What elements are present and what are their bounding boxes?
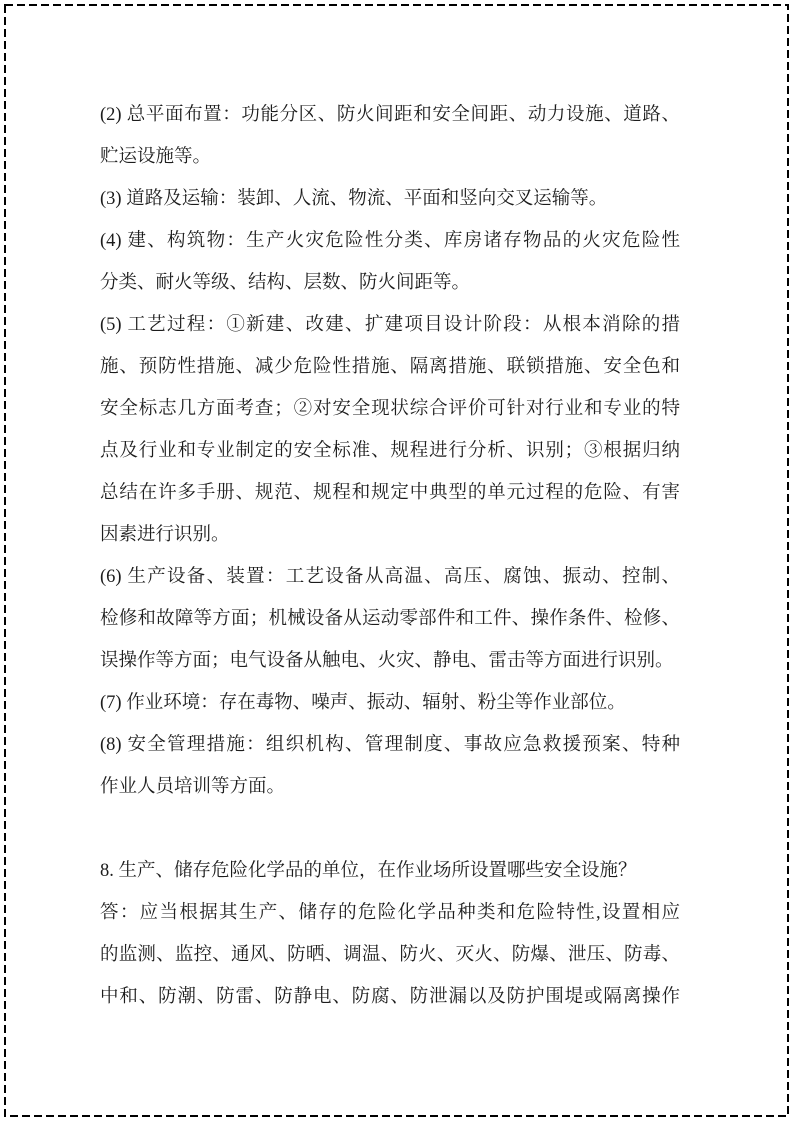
blank-line (100, 808, 680, 850)
text-line: (2) 总平面布置：功能分区、防火间距和安全间距、动力设施、道路、 (100, 94, 680, 136)
text-line: 检修和故障等方面；机械设备从运动零部件和工件、操作条件、检修、 (100, 598, 680, 640)
text-line: 因素进行识别。 (100, 514, 680, 556)
text-line: (3) 道路及运输：装卸、人流、物流、平面和竖向交叉运输等。 (100, 178, 680, 220)
text-line: 安全标志几方面考查；②对安全现状综合评价可针对行业和专业的特 (100, 388, 680, 430)
text-line: 误操作等方面；电气设备从触电、火灾、静电、雷击等方面进行识别。 (100, 640, 680, 682)
document-text: (2) 总平面布置：功能分区、防火间距和安全间距、动力设施、道路、贮运设施等。(… (100, 94, 680, 1018)
text-line: 分类、耐火等级、结构、层数、防火间距等。 (100, 262, 680, 304)
text-line: (4) 建、构筑物：生产火灾危险性分类、库房诸存物品的火灾危险性 (100, 220, 680, 262)
text-line: 作业人员培训等方面。 (100, 766, 680, 808)
text-line: 的监测、监控、通风、防晒、调温、防火、灭火、防爆、泄压、防毒、 (100, 934, 680, 976)
text-line: 施、预防性措施、减少危险性措施、隔离措施、联锁措施、安全色和 (100, 346, 680, 388)
document-page: (2) 总平面布置：功能分区、防火间距和安全间距、动力设施、道路、贮运设施等。(… (0, 0, 793, 1122)
text-line: (8) 安全管理措施：组织机构、管理制度、事故应急救援预案、特种 (100, 724, 680, 766)
text-line: (7) 作业环境：存在毒物、噪声、振动、辐射、粉尘等作业部位。 (100, 682, 680, 724)
text-line: 答：应当根据其生产、储存的危险化学品种类和危险特性,设置相应 (100, 892, 680, 934)
text-line: 总结在许多手册、规范、规程和规定中典型的单元过程的危险、有害 (100, 472, 680, 514)
text-line: 点及行业和专业制定的安全标准、规程进行分析、识别；③根据归纳 (100, 430, 680, 472)
text-line: (5) 工艺过程：①新建、改建、扩建项目设计阶段：从根本消除的措 (100, 304, 680, 346)
text-line: (6) 生产设备、装置：工艺设备从高温、高压、腐蚀、振动、控制、 (100, 556, 680, 598)
text-line: 8. 生产、储存危险化学品的单位，在作业场所设置哪些安全设施？ (100, 850, 680, 892)
text-line: 中和、防潮、防雷、防静电、防腐、防泄漏以及防护围堤或隔离操作 (100, 976, 680, 1018)
text-line: 贮运设施等。 (100, 136, 680, 178)
